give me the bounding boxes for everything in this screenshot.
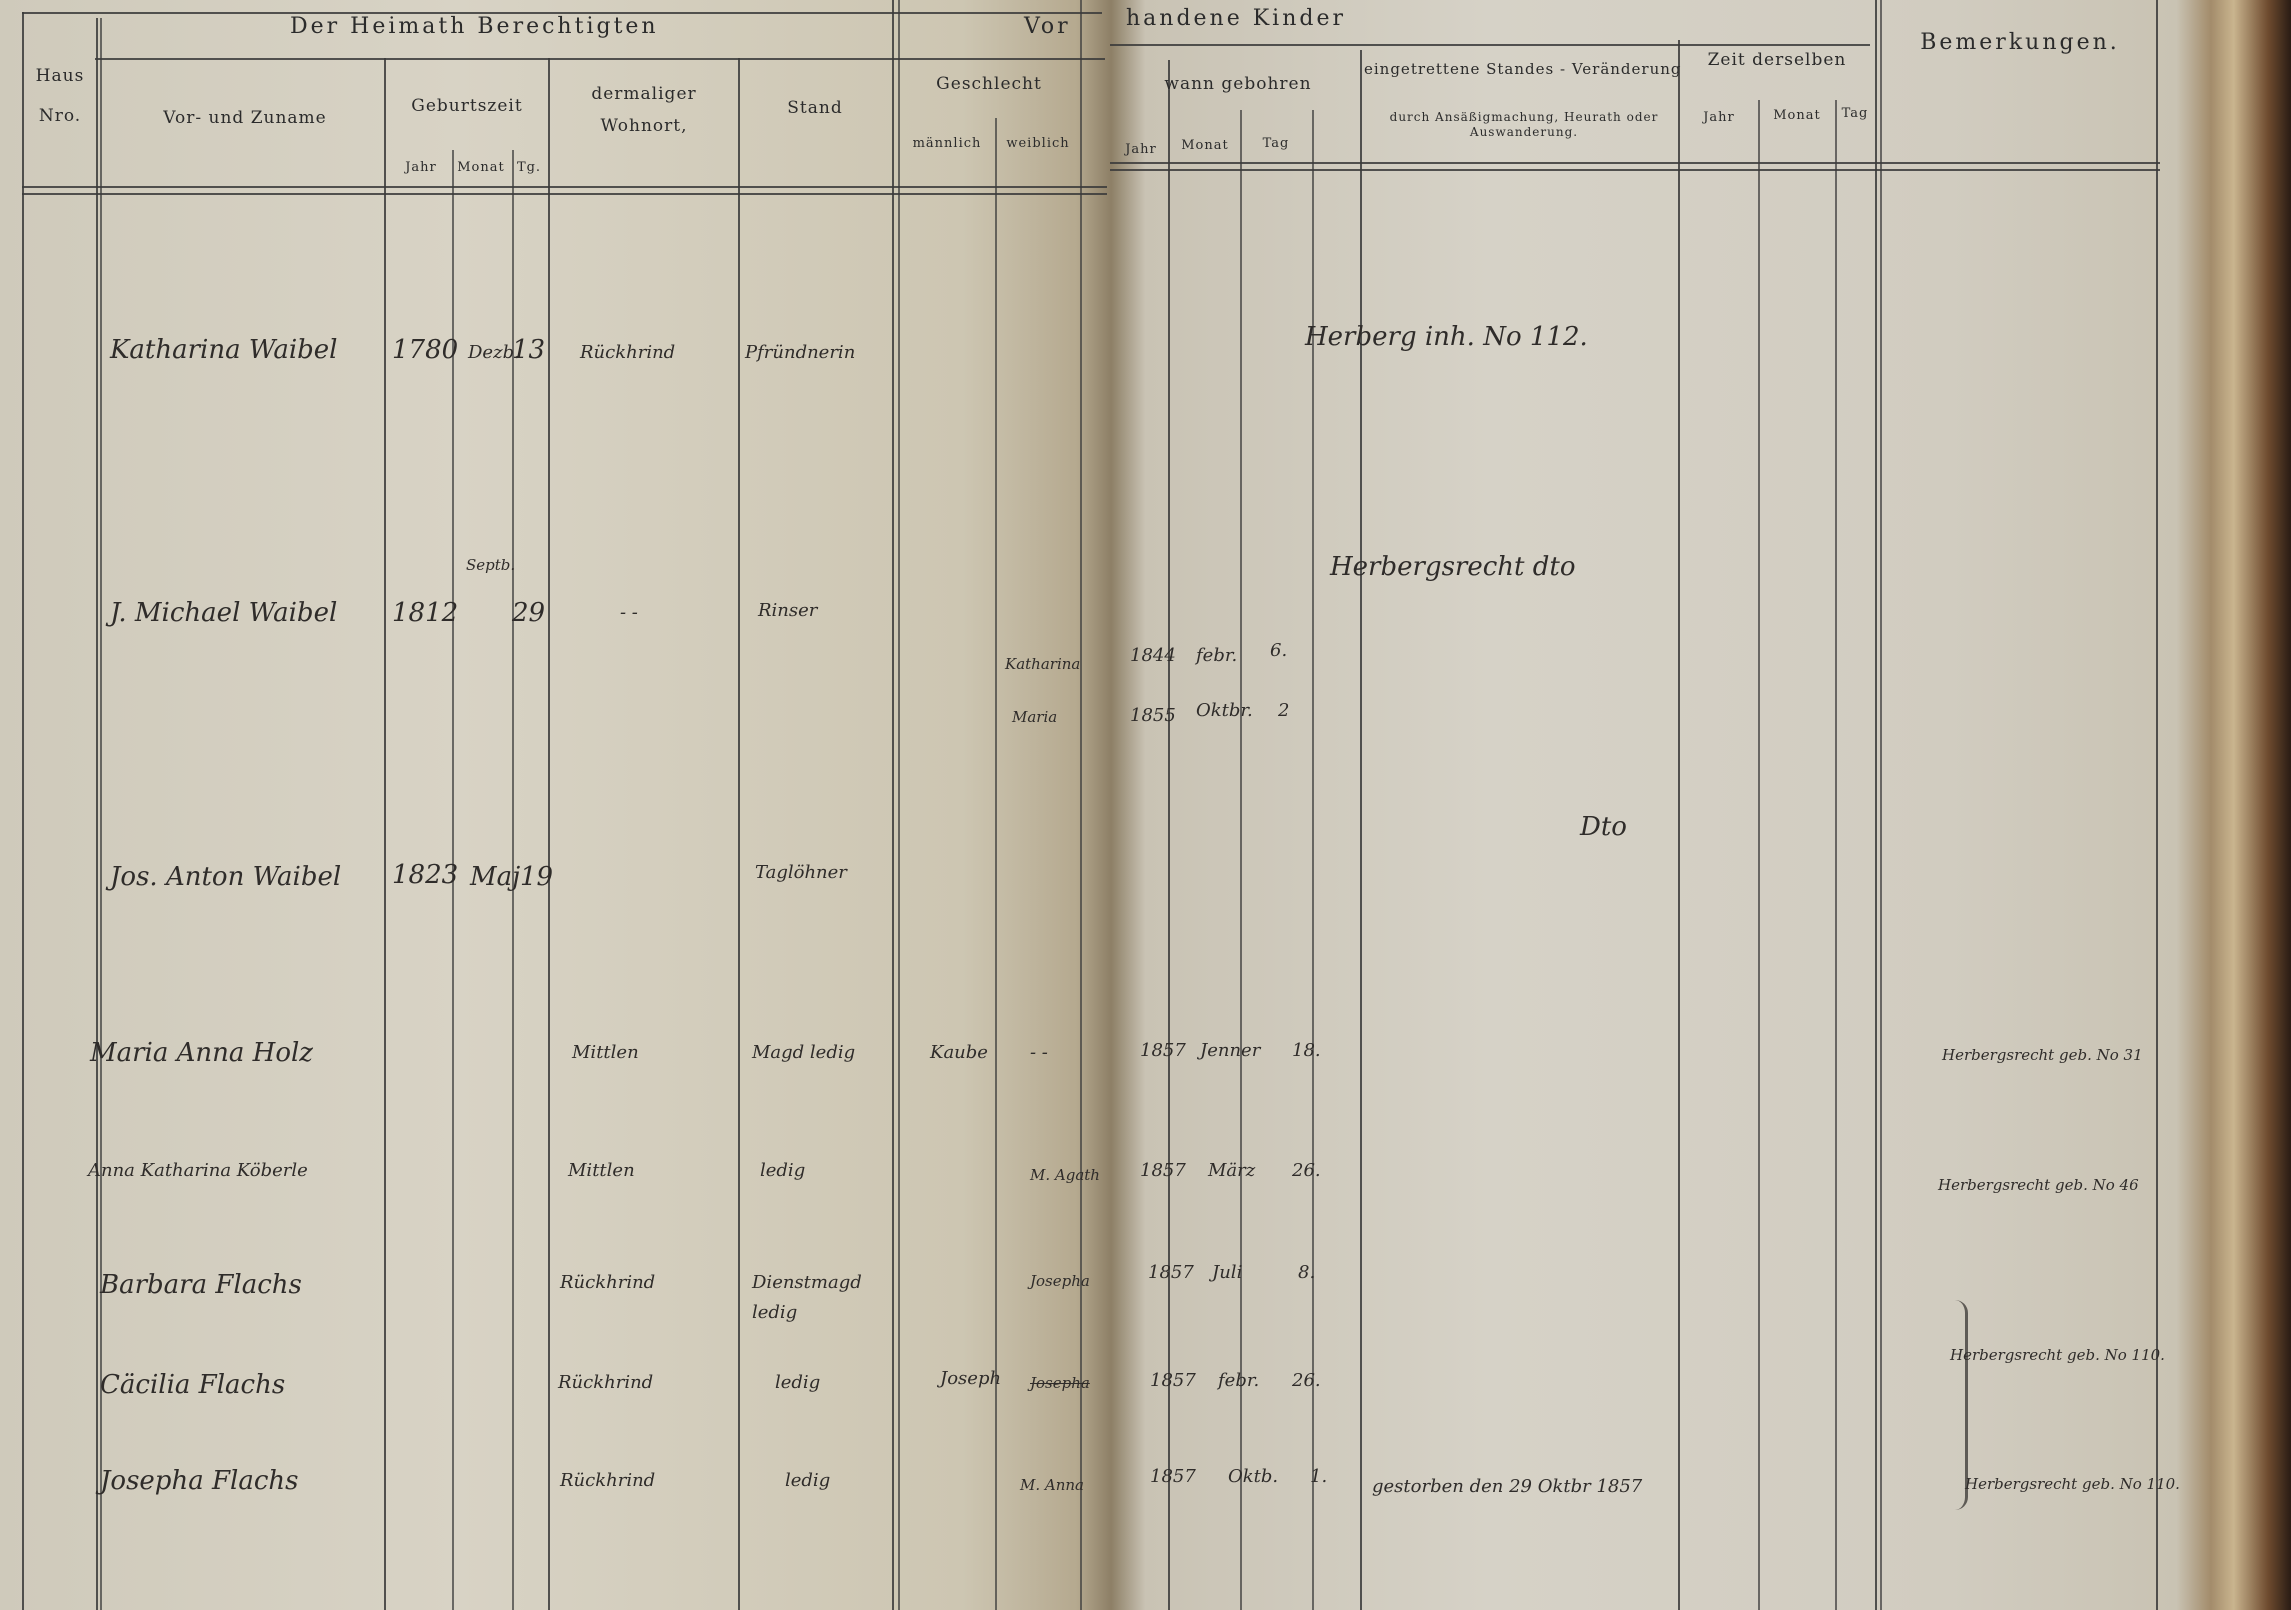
header-subrule-right	[1110, 44, 1870, 46]
header-wann-gebohren: wann gebohren	[1116, 74, 1360, 94]
header-zeit-derselben: Zeit derselben	[1682, 50, 1872, 70]
header-weiblich: weiblich	[996, 136, 1080, 151]
entry-kind-tag: 26.	[1292, 1160, 1321, 1181]
header-heimath-berechtigten: Der Heimath Berechtigten	[290, 14, 659, 39]
entry-name: Jos. Anton Waibel	[110, 862, 341, 892]
entry-kind-weiblich: Josepha	[1030, 1374, 1090, 1392]
entry-veraenderung: gestorben den 29 Oktbr 1857	[1372, 1476, 1642, 1497]
entry-name: Cäcilia Flachs	[100, 1370, 285, 1400]
header-stand: Stand	[740, 98, 890, 118]
header-vor-und-zuname: Vor- und Zuname	[110, 108, 380, 128]
entry-stand: ledig	[760, 1160, 805, 1181]
entry-kind-monat: Jenner	[1200, 1040, 1260, 1061]
header-zeit-tag: Tag	[1837, 106, 1873, 121]
header-haus: Haus	[26, 56, 94, 96]
header-kind-tag: Tag	[1242, 136, 1310, 151]
entry-kind-jahr: 1857	[1150, 1370, 1196, 1391]
entry-kind-jahr: 1857	[1140, 1040, 1186, 1061]
entry-bemerkung: Herbergsrecht geb. No 110.	[1950, 1340, 2210, 1370]
header-geburt-tag: Tg.	[512, 160, 546, 175]
entry-wohnort: Mittlen	[572, 1042, 639, 1063]
col-rule-zeit-2	[1880, 0, 1882, 1610]
entry-kind-weiblich: M. Anna	[1020, 1476, 1084, 1494]
entry-name: Katharina Waibel	[110, 335, 338, 365]
entry-kind-tag: 26.	[1292, 1370, 1321, 1391]
entry-kind-jahr: 1857	[1150, 1466, 1196, 1487]
entry-stand: Magd ledig	[752, 1042, 855, 1063]
entry-kind-weiblich: Josepha	[1030, 1272, 1090, 1290]
entry-kind-tag: 6.	[1270, 640, 1287, 661]
entry-stand: Rinser	[758, 600, 817, 621]
entry-kind-weiblich: Maria	[1012, 708, 1057, 726]
header-zeit-monat: Monat	[1760, 108, 1834, 123]
header-wohnort: dermaliger Wohnort,	[552, 78, 736, 142]
header-maennlich: männlich	[900, 136, 994, 151]
entry-veraenderung: Herberg inh. No 112.	[1305, 322, 1588, 352]
header-kind-monat: Monat	[1170, 138, 1240, 153]
entry-geburt-jahr: 1780	[392, 335, 458, 365]
entry-geburt-tag: 19	[520, 862, 553, 892]
header-geburt-monat: Monat	[452, 160, 510, 175]
header-geburtszeit: Geburtszeit	[388, 96, 546, 116]
col-rule-zeit	[1875, 0, 1877, 1610]
col-rule-stand	[892, 0, 894, 1610]
entry-kind-jahr: 1857	[1140, 1160, 1186, 1181]
header-kind-jahr: Jahr	[1116, 142, 1166, 157]
entry-kind-monat: febr.	[1218, 1370, 1259, 1391]
col-rule-wohnort	[738, 58, 740, 1610]
col-rule-stand-2	[898, 0, 900, 1610]
entry-stand: Pfründnerin	[745, 342, 855, 363]
entry-name: Josepha Flachs	[100, 1466, 298, 1496]
header-wohnort-line1: dermaliger	[552, 78, 736, 110]
header-zeit-jahr: Jahr	[1682, 110, 1756, 125]
entry-wohnort: Rückhrind	[560, 1470, 655, 1491]
entry-name: Anna Katharina Köberle	[88, 1160, 308, 1181]
col-rule-name	[384, 58, 386, 1610]
entry-kind-maennlich: Kaube	[930, 1042, 988, 1063]
col-rule-haus	[96, 18, 98, 1610]
entry-name: J. Michael Waibel	[110, 598, 337, 628]
entry-name: Maria Anna Holz	[90, 1038, 313, 1068]
entry-kind-maennlich: Joseph	[940, 1368, 1001, 1389]
entry-kind-monat: febr.	[1196, 645, 1237, 666]
entry-geburt-monat: Maj	[470, 862, 520, 892]
header-veraenderung-sub: durch Ansäßigmachung, Heurath oder Auswa…	[1374, 110, 1674, 140]
remarks-bracket	[1955, 1300, 1968, 1510]
entry-kind-tag: 8.	[1298, 1262, 1315, 1283]
entry-kind-tag: 18.	[1292, 1040, 1321, 1061]
header-geburt-jahr: Jahr	[392, 160, 450, 175]
entry-wohnort: Rückhrind	[558, 1372, 653, 1393]
header-vorhandene-kinder: handene Kinder	[1126, 6, 1346, 31]
entry-kind-jahr: 1855	[1130, 705, 1176, 726]
entry-name: Barbara Flachs	[100, 1270, 302, 1300]
entry-veraenderung: Dto	[1580, 812, 1627, 842]
entry-wohnort: Rückhrind	[560, 1272, 655, 1293]
header-nro: Nro.	[26, 96, 94, 136]
entry-kind-tag: 1.	[1310, 1466, 1327, 1487]
col-rule-geburt	[548, 58, 550, 1610]
col-rule-zeit-jahr	[1758, 100, 1760, 1610]
entry-kind-monat: März	[1208, 1160, 1255, 1181]
header-subrule	[95, 58, 1105, 60]
header-bemerkungen: Bemerkungen.	[1890, 30, 2150, 55]
entry-kind-jahr: 1857	[1148, 1262, 1194, 1283]
entry-stand: Dienstmagd ledig	[752, 1268, 892, 1328]
entry-stand: ledig	[785, 1470, 830, 1491]
entry-bemerkung: Herbergsrecht geb. No 31	[1942, 1046, 2143, 1064]
entry-bemerkung: Herbergsrecht geb. No 110.	[1965, 1470, 2205, 1498]
header-bottom-rule-right	[1110, 162, 2160, 171]
entry-kind-weiblich: - -	[1030, 1042, 1048, 1063]
entry-wohnort: Rückhrind	[580, 342, 675, 363]
entry-kind-weiblich: Katharina	[1005, 655, 1080, 673]
entry-kind-jahr: 1844	[1130, 645, 1176, 666]
entry-kind-weiblich: M. Agath	[1030, 1166, 1100, 1184]
entry-geburt-monat: Septb.	[466, 556, 515, 574]
col-rule-weiblich	[1080, 0, 1082, 1610]
entry-geburt-jahr: 1812	[392, 598, 458, 628]
entry-geburt-jahr: 1823	[392, 860, 458, 890]
header-veraenderung: eingetrettene Standes - Veränderung	[1364, 60, 1676, 78]
col-rule-veraenderung	[1678, 40, 1680, 1610]
page-edge-rule	[22, 12, 24, 1610]
entry-veraenderung: Herbergsrecht dto	[1330, 552, 1576, 582]
entry-kind-monat: Oktb.	[1228, 1466, 1278, 1487]
entry-wohnort: Mittlen	[568, 1160, 635, 1181]
entry-kind-monat: Juli	[1212, 1262, 1242, 1283]
entry-stand: Taglöhner	[755, 862, 847, 883]
entry-wohnort: - -	[620, 602, 638, 623]
entry-stand: ledig	[775, 1372, 820, 1393]
header-wohnort-line2: Wohnort,	[552, 110, 736, 142]
entry-geburt-tag: 13	[512, 335, 545, 365]
col-rule-zeit-monat	[1835, 100, 1837, 1610]
register-book: Haus Nro. Der Heimath Berechtigten Vor- …	[0, 0, 2291, 1610]
header-geschlecht: Geschlecht	[900, 74, 1078, 94]
header-vorhandene-left: Vor	[1024, 14, 1071, 39]
entry-kind-tag: 2	[1278, 700, 1289, 721]
header-haus-nro: Haus Nro.	[26, 56, 94, 136]
header-bottom-rule	[22, 186, 1107, 195]
entry-bemerkung: Herbergsrecht geb. No 46	[1938, 1176, 2139, 1194]
entry-kind-monat: Oktbr.	[1196, 700, 1253, 721]
col-rule-wann	[1360, 50, 1362, 1610]
entry-geburt-tag: 29	[512, 598, 545, 628]
